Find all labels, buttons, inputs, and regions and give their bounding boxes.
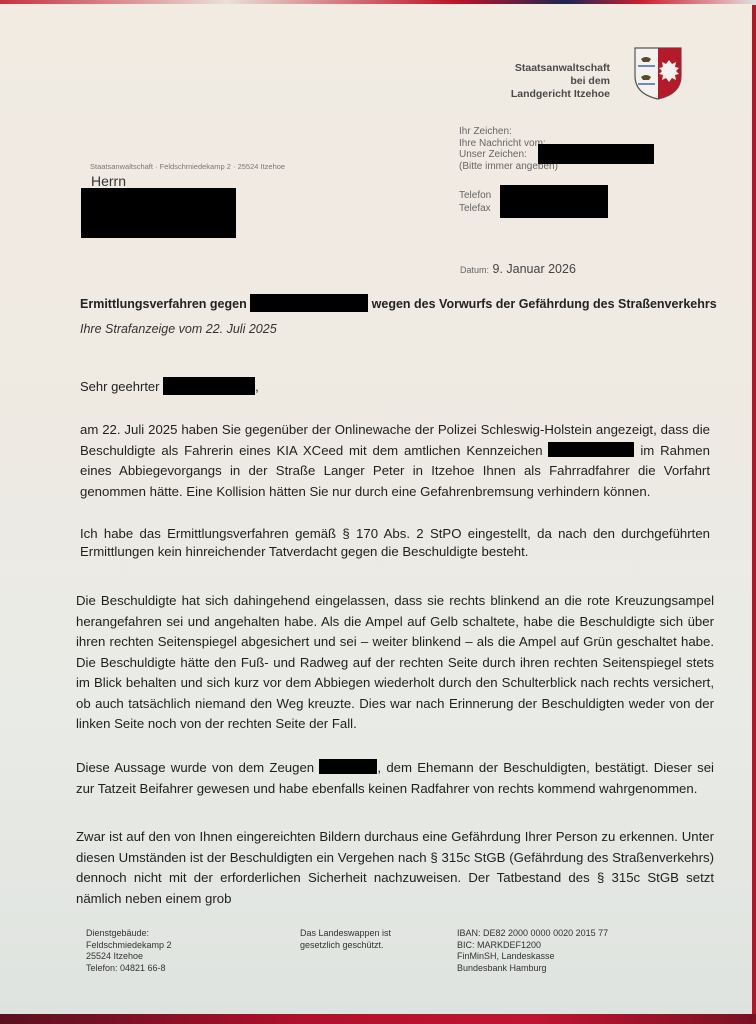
redacted-witness-name — [319, 759, 377, 774]
ihr-zeichen-label: Ihr Zeichen: — [459, 126, 558, 138]
footer-line: IBAN: DE82 2000 0000 0020 2015 77 — [457, 928, 608, 940]
paragraph-legal-assessment: Zwar ist auf den von Ihnen eingereichten… — [76, 827, 714, 909]
subject-line: Ermittlungsverfahren gegen wegen des Vor… — [80, 294, 720, 312]
telefax-label: Telefax — [459, 203, 491, 216]
paragraph-complaint: am 22. Juli 2025 haben Sie gegenüber der… — [80, 420, 710, 502]
authority-line: Landgericht Itzehoe — [470, 88, 610, 101]
redacted-phone-fax — [500, 185, 608, 218]
letter-date: Datum: 9. Januar 2026 — [460, 262, 576, 276]
footer-line: gesetzlich geschützt. — [300, 940, 391, 952]
authority-line: Staatsanwaltschaft — [470, 62, 610, 75]
footer-line: Telefon: 04821 66-8 — [86, 963, 172, 975]
redacted-accused-name — [250, 294, 368, 312]
date-value: 9. Januar 2026 — [493, 262, 576, 276]
letter-page: Staatsanwaltschaft bei dem Landgericht I… — [0, 4, 752, 1016]
subject-reference: Ihre Strafanzeige vom 22. Juli 2025 — [80, 322, 277, 336]
redacted-recipient-name — [163, 377, 255, 395]
footer-building: Dienstgebäude: Feldschmiedekamp 2 25524 … — [86, 928, 172, 974]
redacted-license-plate — [548, 442, 634, 457]
salutation-text: Sehr geehrter — [80, 379, 160, 394]
subject-part2: wegen des Vorwurfs der Gefährdung des St… — [372, 297, 717, 311]
date-label: Datum: — [460, 265, 489, 275]
redacted-recipient-address — [81, 188, 236, 238]
authority-name: Staatsanwaltschaft bei dem Landgericht I… — [470, 62, 610, 101]
paragraph-statement: Die Beschuldigte hat sich dahingehend ei… — [76, 591, 714, 735]
footer-line: Dienstgebäude: — [86, 928, 172, 940]
salutation-comma: , — [255, 379, 259, 394]
footer-line: FinMinSH, Landeskasse — [457, 951, 608, 963]
paragraph-text: Diese Aussage wurde von dem Zeugen — [76, 760, 314, 775]
coat-of-arms-icon — [633, 46, 683, 101]
background-bottom — [0, 1014, 756, 1024]
redacted-case-number — [538, 144, 654, 164]
footer-crest-note: Das Landeswappen ist gesetzlich geschütz… — [300, 928, 391, 951]
recipient-salutation: Herrn — [91, 173, 126, 189]
footer-line: 25524 Itzehoe — [86, 951, 172, 963]
footer-line: BIC: MARKDEF1200 — [457, 940, 608, 952]
footer-bank: IBAN: DE82 2000 0000 0020 2015 77 BIC: M… — [457, 928, 608, 974]
subject-part1: Ermittlungsverfahren gegen — [80, 297, 247, 311]
contact-block: Telefon Telefax — [459, 190, 491, 215]
footer-line: Das Landeswappen ist — [300, 928, 391, 940]
authority-line: bei dem — [470, 75, 610, 88]
footer-line: Bundesbank Hamburg — [457, 963, 608, 975]
paragraph-dismissal: Ich habe das Ermittlungsverfahren gemäß … — [80, 525, 710, 561]
paragraph-witness: Diese Aussage wurde von dem Zeugen , dem… — [76, 758, 714, 799]
salutation: Sehr geehrter , — [80, 377, 259, 395]
unser-zeichen-label: Unser Zeichen: — [459, 149, 527, 160]
footer-line: Feldschmiedekamp 2 — [86, 940, 172, 952]
telefon-label: Telefon — [459, 190, 491, 203]
sender-address-line: Staatsanwaltschaft · Feldschmiedekamp 2 … — [90, 162, 285, 171]
